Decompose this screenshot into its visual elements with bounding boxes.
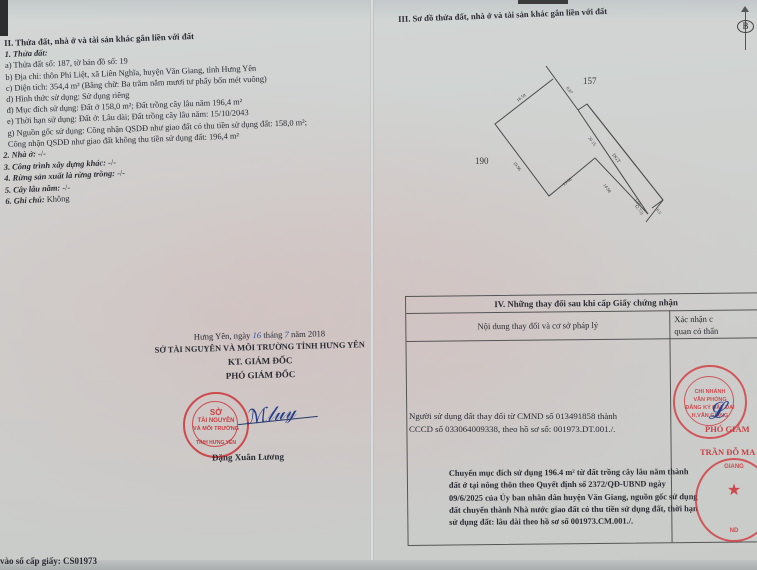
road-edge [587, 104, 663, 200]
star-icon: ★ [697, 480, 757, 500]
north-arrow: B [735, 6, 755, 52]
land-parcel-section: II. Thửa đất, nhà ở và tài sản khác gắn … [4, 27, 308, 150]
road-strip [578, 104, 663, 208]
background-edge [518, 0, 568, 4]
north-arrow-head-icon [741, 6, 749, 12]
book-spine [370, 0, 374, 570]
confirmation-name: TRẦN ĐỖ MA [700, 447, 755, 457]
background-edge [0, 0, 8, 36]
top-shadow [0, 0, 757, 20]
neighbor-190: 190 [475, 156, 489, 166]
issue-number: vào sổ cấp giấy: CS01973 [0, 556, 97, 566]
background-edge [0, 560, 757, 570]
confirmation-signature: 𝓛 [707, 397, 726, 425]
signature-block: Hưng Yên, ngày 16 tháng 7 năm 2018 SỞ TÀ… [124, 326, 395, 383]
column-header-confirmation: Xác nhận c quan có thẩn [674, 313, 718, 337]
parcel-diagram: 157 190 DGT 16.59 8.87 20.15 19.96 13.06… [460, 60, 680, 230]
land-certificate-page: II. Thửa đất, nhà ở và tài sản khác gắn … [0, 0, 757, 570]
change-entry-land-purpose: Chuyển mục đích sử dụng 196.4 m² từ đất … [449, 466, 698, 529]
svg-text:19.96: 19.96 [512, 161, 523, 173]
boundary-line [546, 66, 578, 110]
signature-mark: ℳ𝓁𝓊𝓎 [244, 399, 298, 430]
neighbor-157: 157 [583, 76, 597, 86]
svg-text:0.5: 0.5 [655, 208, 663, 216]
national-emblem-stamp: GIANG ★ ND [695, 458, 757, 542]
column-header-content: Nội dung thay đổi và cơ sở pháp lý [406, 311, 669, 341]
svg-text:16.59: 16.59 [516, 92, 528, 103]
svg-text:(2.72): (2.72) [634, 204, 645, 216]
signer-name: Đặng Xuân Lương [212, 451, 284, 462]
change-entry-id-update: Người sử dụng đất thay đổi từ CMND số 01… [409, 410, 617, 435]
other-assets-list: 2. Nhà ở: -/- 3. Công trình xây dựng khá… [3, 145, 126, 208]
svg-text:14.98: 14.98 [602, 183, 613, 195]
signer-role-2: PHÓ GIÁM ĐỐC [125, 366, 395, 383]
confirmation-role: PHÓ GIÁM [705, 424, 750, 434]
road-label: DGT [610, 153, 620, 164]
north-label: B [737, 20, 754, 33]
